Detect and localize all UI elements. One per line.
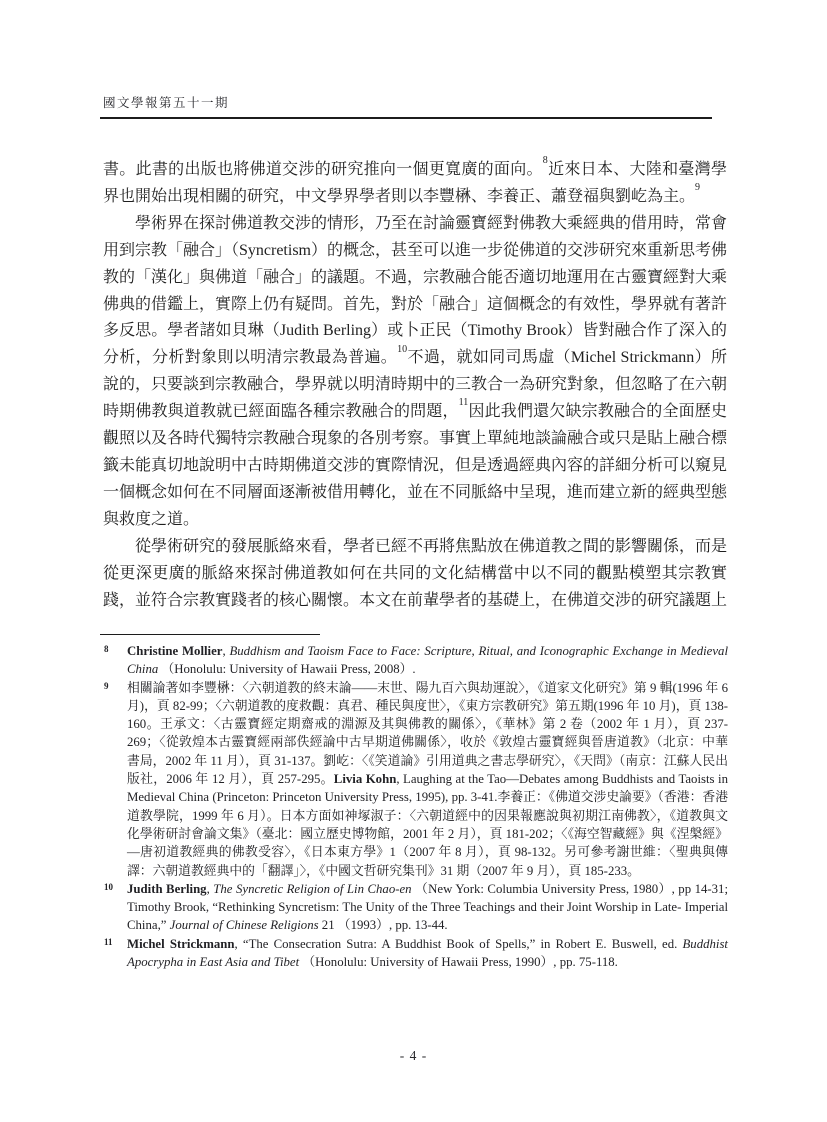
text-run: （Honolulu: University of Hawaii Press, 1… — [299, 955, 618, 969]
footnote-item: 9相關論著如李豐楙：〈六朝道教的終末論——末世、陽九百六與劫運說〉，《道家文化研… — [103, 679, 728, 880]
text-run: 相關論著如李豐楙：〈六朝道教的終末論——末世、陽九百六與劫運說〉，《道家文化研究… — [127, 681, 728, 786]
footnote-item: 10Judith Berling, The Syncretic Religion… — [103, 880, 728, 935]
footnote-item: 8Christine Mollier, Buddhism and Taoism … — [103, 642, 728, 679]
footnote-number: 9 — [104, 677, 109, 695]
text-run: Michel Strickmann — [127, 937, 235, 951]
text-run: The Syncretic Religion of Lin Chao-en — [213, 882, 411, 896]
footnote-number: 8 — [104, 640, 109, 658]
footnotes-list: 8Christine Mollier, Buddhism and Taoism … — [103, 642, 728, 971]
footnote-ref: 10 — [397, 344, 407, 355]
body-paragraph: 書。此書的出版也將佛道交涉的研究推向一個更寬廣的面向。8近來日本、大陸和臺灣學界… — [103, 157, 727, 211]
text-run: Judith Berling — [127, 882, 207, 896]
footnote-item: 11Michel Strickmann, “The Consecration S… — [103, 935, 728, 972]
text-run: , “The Consecration Sutra: A Buddhist Bo… — [235, 937, 683, 951]
footnote-text: Michel Strickmann, “The Consecration Sut… — [127, 937, 728, 969]
footnote-ref: 11 — [459, 397, 469, 408]
footnote-number: 10 — [104, 878, 113, 896]
text-run: 學術界在探討佛道教交涉的情形，乃至在討論靈寶經對佛教大乘經典的借用時，常會用到宗… — [103, 215, 727, 367]
text-run: Livia Kohn — [334, 772, 397, 786]
text-run: Christine Mollier — [127, 644, 222, 658]
document-page: 國文學報第五十一期 書。此書的出版也將佛道交涉的研究推向一個更寬廣的面向。8近來… — [0, 0, 827, 1122]
footnote-number: 11 — [104, 933, 113, 951]
footnote-ref: 9 — [695, 182, 700, 193]
text-run: , Laughing at the Tao—Debates among Budd… — [127, 772, 728, 877]
header-rule — [100, 117, 712, 119]
footnote-text: Judith Berling, The Syncretic Religion o… — [127, 882, 728, 933]
body-paragraph: 從學術研究的發展脈絡來看，學者已經不再將焦點放在佛道教之間的影響關係，而是從更深… — [103, 534, 727, 615]
text-run: Journal of Chinese Religions — [170, 918, 319, 932]
footnote-text: 相關論著如李豐楙：〈六朝道教的終末論——末世、陽九百六與劫運說〉，《道家文化研究… — [127, 681, 728, 878]
text-run: 書。此書的出版也將佛道交涉的研究推向一個更寬廣的面向。 — [103, 161, 543, 178]
footnote-ref: 8 — [543, 155, 548, 166]
footnote-separator-rule — [100, 634, 320, 635]
running-head-journal-title: 國文學報第五十一期 — [103, 93, 229, 111]
body-paragraph: 學術界在探討佛道教交涉的情形，乃至在討論靈寶經對佛教大乘經典的借用時，常會用到宗… — [103, 211, 727, 534]
text-run: 因此我們還欠缺宗教融合的全面歷史觀照以及各時代獨特宗教融合現象的各別考察。事實上… — [103, 403, 727, 528]
text-run: 21 （1993）, pp. 13-44. — [319, 918, 448, 932]
text-run: （Honolulu: University of Hawaii Press, 2… — [158, 662, 415, 676]
page-number: - 4 - — [0, 1048, 827, 1064]
body-text: 書。此書的出版也將佛道交涉的研究推向一個更寬廣的面向。8近來日本、大陸和臺灣學界… — [103, 157, 727, 614]
text-run: 從學術研究的發展脈絡來看，學者已經不再將焦點放在佛道教之間的影響關係，而是從更深… — [103, 538, 727, 609]
footnote-text: Christine Mollier, Buddhism and Taoism F… — [127, 644, 728, 676]
